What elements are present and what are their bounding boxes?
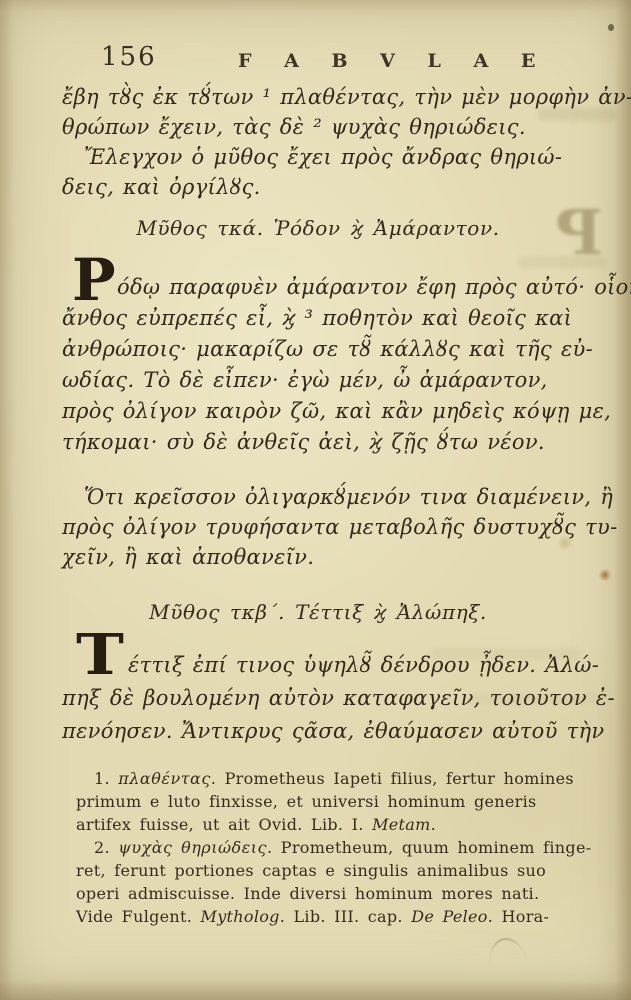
text-segment: . Lib. III. cap. [280,907,411,926]
text-segment: ωδίας. Τὸ δὲ εἶπεν· ἐγὼ μέν, ὦ ἀμάραντον… [62,368,548,392]
fable-321-heading: Μῦθος τκά. Ῥόδον ϗ̀ Ἀμάραντον. [62,216,574,240]
pencil-mark [485,935,526,970]
text-segment: primum e luto finxisse, et universi homi… [76,792,537,811]
text-line: τήκομαι· σὺ δὲ ἀνθεῖς ἀεὶ, ϗ̀ ζῇς ȣ́τω ν… [62,427,577,458]
text-segment: δεις, καὶ ὀργίλȣς. [62,175,261,199]
running-title: F A B V L A E [238,50,548,72]
text-line: πρὸς ὀλίγον καιρὸν ζῶ, καὶ κἂν μηδεὶς κό… [62,396,577,427]
text-line: θρώπων ἔχειν, τὰς δὲ ² ψυχὰς θηριώδεις. [62,112,577,142]
text-segment: χεῖν, ἢ καὶ ἀποθανεῖν. [62,545,314,569]
bleedthrough-streak [538,108,616,121]
text-line: Vide Fulgent. Mytholog. Lib. III. cap. D… [76,905,581,928]
bleedthrough-streak [468,694,600,704]
text-line: όδῳ παραφυὲν ἀμάραντον ἔφη πρὸς αὐτό· οἷ… [62,272,577,303]
text-line: πρὸς ὀλίγον τρυφήσαντα μεταβολῆς δυστυχȣ… [62,512,577,542]
ink-speck [608,24,614,31]
text-segment: πλαθέντας [118,769,211,788]
bleedthrough-streak [518,256,606,268]
page-scan: 156 F A B V L A E ἔβη τȣ̀ς ἐκ τȣ́των ¹ π… [0,0,631,1000]
text-segment: De Peleo [411,907,488,926]
text-line: artifex fuisse, ut ait Ovid. Lib. I. Met… [76,813,581,836]
foxing-spot [556,536,574,550]
text-segment: artifex fuisse, ut ait Ovid. Lib. I. [76,815,372,834]
text-segment: Vide Fulgent. [76,907,201,926]
text-segment: ἄνθος εὐπρεπές εἶ, ϗ̀ ³ ποθητὸν καὶ θεοῖ… [62,306,572,330]
text-line: ret, ferunt portiones captas e singulis … [76,859,581,882]
text-line: primum e luto finxisse, et universi homi… [76,790,581,813]
text-segment: Ὅτι κρεῖσσον ὀλιγαρκȣ́μενόν τινα διαμένε… [84,485,613,509]
page-number: 156 [101,42,157,72]
footnotes: 1. πλαθέντας. Prometheus Iapeti filius, … [76,767,581,928]
fable-321-body: όδῳ παραφυὲν ἀμάραντον ἔφη πρὸς αὐτό· οἷ… [62,272,577,458]
text-segment: ret, ferunt portiones captas e singulis … [76,861,546,880]
text-segment: operi admiscuisse. Inde diversi hominum … [76,884,539,903]
text-line: ἄνθος εὐπρεπές εἶ, ϗ̀ ³ ποθητὸν καὶ θεοῖ… [62,303,577,334]
text-segment: . Prometheus Iapeti filius, fertur homin… [211,769,574,788]
text-line: ἔβη τȣ̀ς ἐκ τȣ́των ¹ πλαθέντας, τὴν μὲν … [62,82,577,112]
text-line: ἀνθρώποις· μακαρίζω σε τȣ̃ κάλλȣς καὶ τῆ… [62,334,577,365]
bleedthrough-streak [430,648,580,660]
text-segment: όδῳ παραφυὲν ἀμάραντον ἔφη πρὸς αὐτό· οἷ… [117,275,631,299]
text-segment: πρὸς ὀλίγον καιρὸν ζῶ, καὶ κἂν μηδεὶς κό… [62,399,611,423]
text-line: Ὅτι κρεῖσσον ὀλιγαρκȣ́μενόν τινα διαμένε… [62,482,577,512]
text-line: Ἔλεγχον ὁ μῦθος ἔχει πρὸς ἄνδρας θηριώ- [62,142,577,172]
continuation-paragraph: ἔβη τȣ̀ς ἐκ τȣ́των ¹ πλαθέντας, τὴν μὲν … [62,82,577,202]
text-line: operi admiscuisse. Inde diversi hominum … [76,882,581,905]
text-line: δεις, καὶ ὀργίλȣς. [62,172,577,202]
text-line: 1. πλαθέντας. Prometheus Iapeti filius, … [76,767,581,790]
text-segment: πενόησεν. Ἄντικρυς ςᾶσα, ἐθαύμασεν αὐτοῦ… [62,719,605,743]
text-segment: . Prometheum, quum hominem finge- [267,838,591,857]
text-segment: ἀνθρώποις· μακαρίζω σε τȣ̃ κάλλȣς καὶ τῆ… [62,337,593,361]
foxing-spot [598,569,612,581]
text-segment: Metam. [372,815,436,834]
text-segment: θρώπων ἔχειν, τὰς δὲ ² ψυχὰς θηριώδεις. [62,115,526,139]
text-segment: Ἔλεγχον ὁ μῦθος ἔχει πρὸς ἄνδρας θηριώ- [84,145,562,169]
text-line: 2. ψυχὰς θηριώδεις. Prometheum, quum hom… [76,836,581,859]
fable-322-heading: Μῦθος τκβ΄. Τέττιξ ϗ̀ Ἀλώπηξ. [62,600,574,624]
text-segment: . Hora- [488,907,549,926]
text-segment: ψυχὰς θηριώδεις [118,838,267,857]
text-segment: τήκομαι· σὺ δὲ ἀνθεῖς ἀεὶ, ϗ̀ ζῇς ȣ́τω ν… [62,430,545,454]
text-segment: Mytholog [201,907,280,926]
text-segment: 2. [94,838,118,857]
text-line: πενόησεν. Ἄντικρυς ςᾶσα, ἐθαύμασεν αὐτοῦ… [62,715,577,748]
text-line: χεῖν, ἢ καὶ ἀποθανεῖν. [62,542,577,572]
text-segment: 1. [94,769,118,788]
text-segment: ἔβη τȣ̀ς ἐκ τȣ́των ¹ πλαθέντας, τὴν μὲν … [62,85,631,109]
fable-321-moral: Ὅτι κρεῖσσον ὀλιγαρκȣ́μενόν τινα διαμένε… [62,482,577,572]
text-segment: πρὸς ὀλίγον τρυφήσαντα μεταβολῆς δυστυχȣ… [62,515,618,539]
text-line: ωδίας. Τὸ δὲ εἶπεν· ἐγὼ μέν, ὦ ἀμάραντον… [62,365,577,396]
